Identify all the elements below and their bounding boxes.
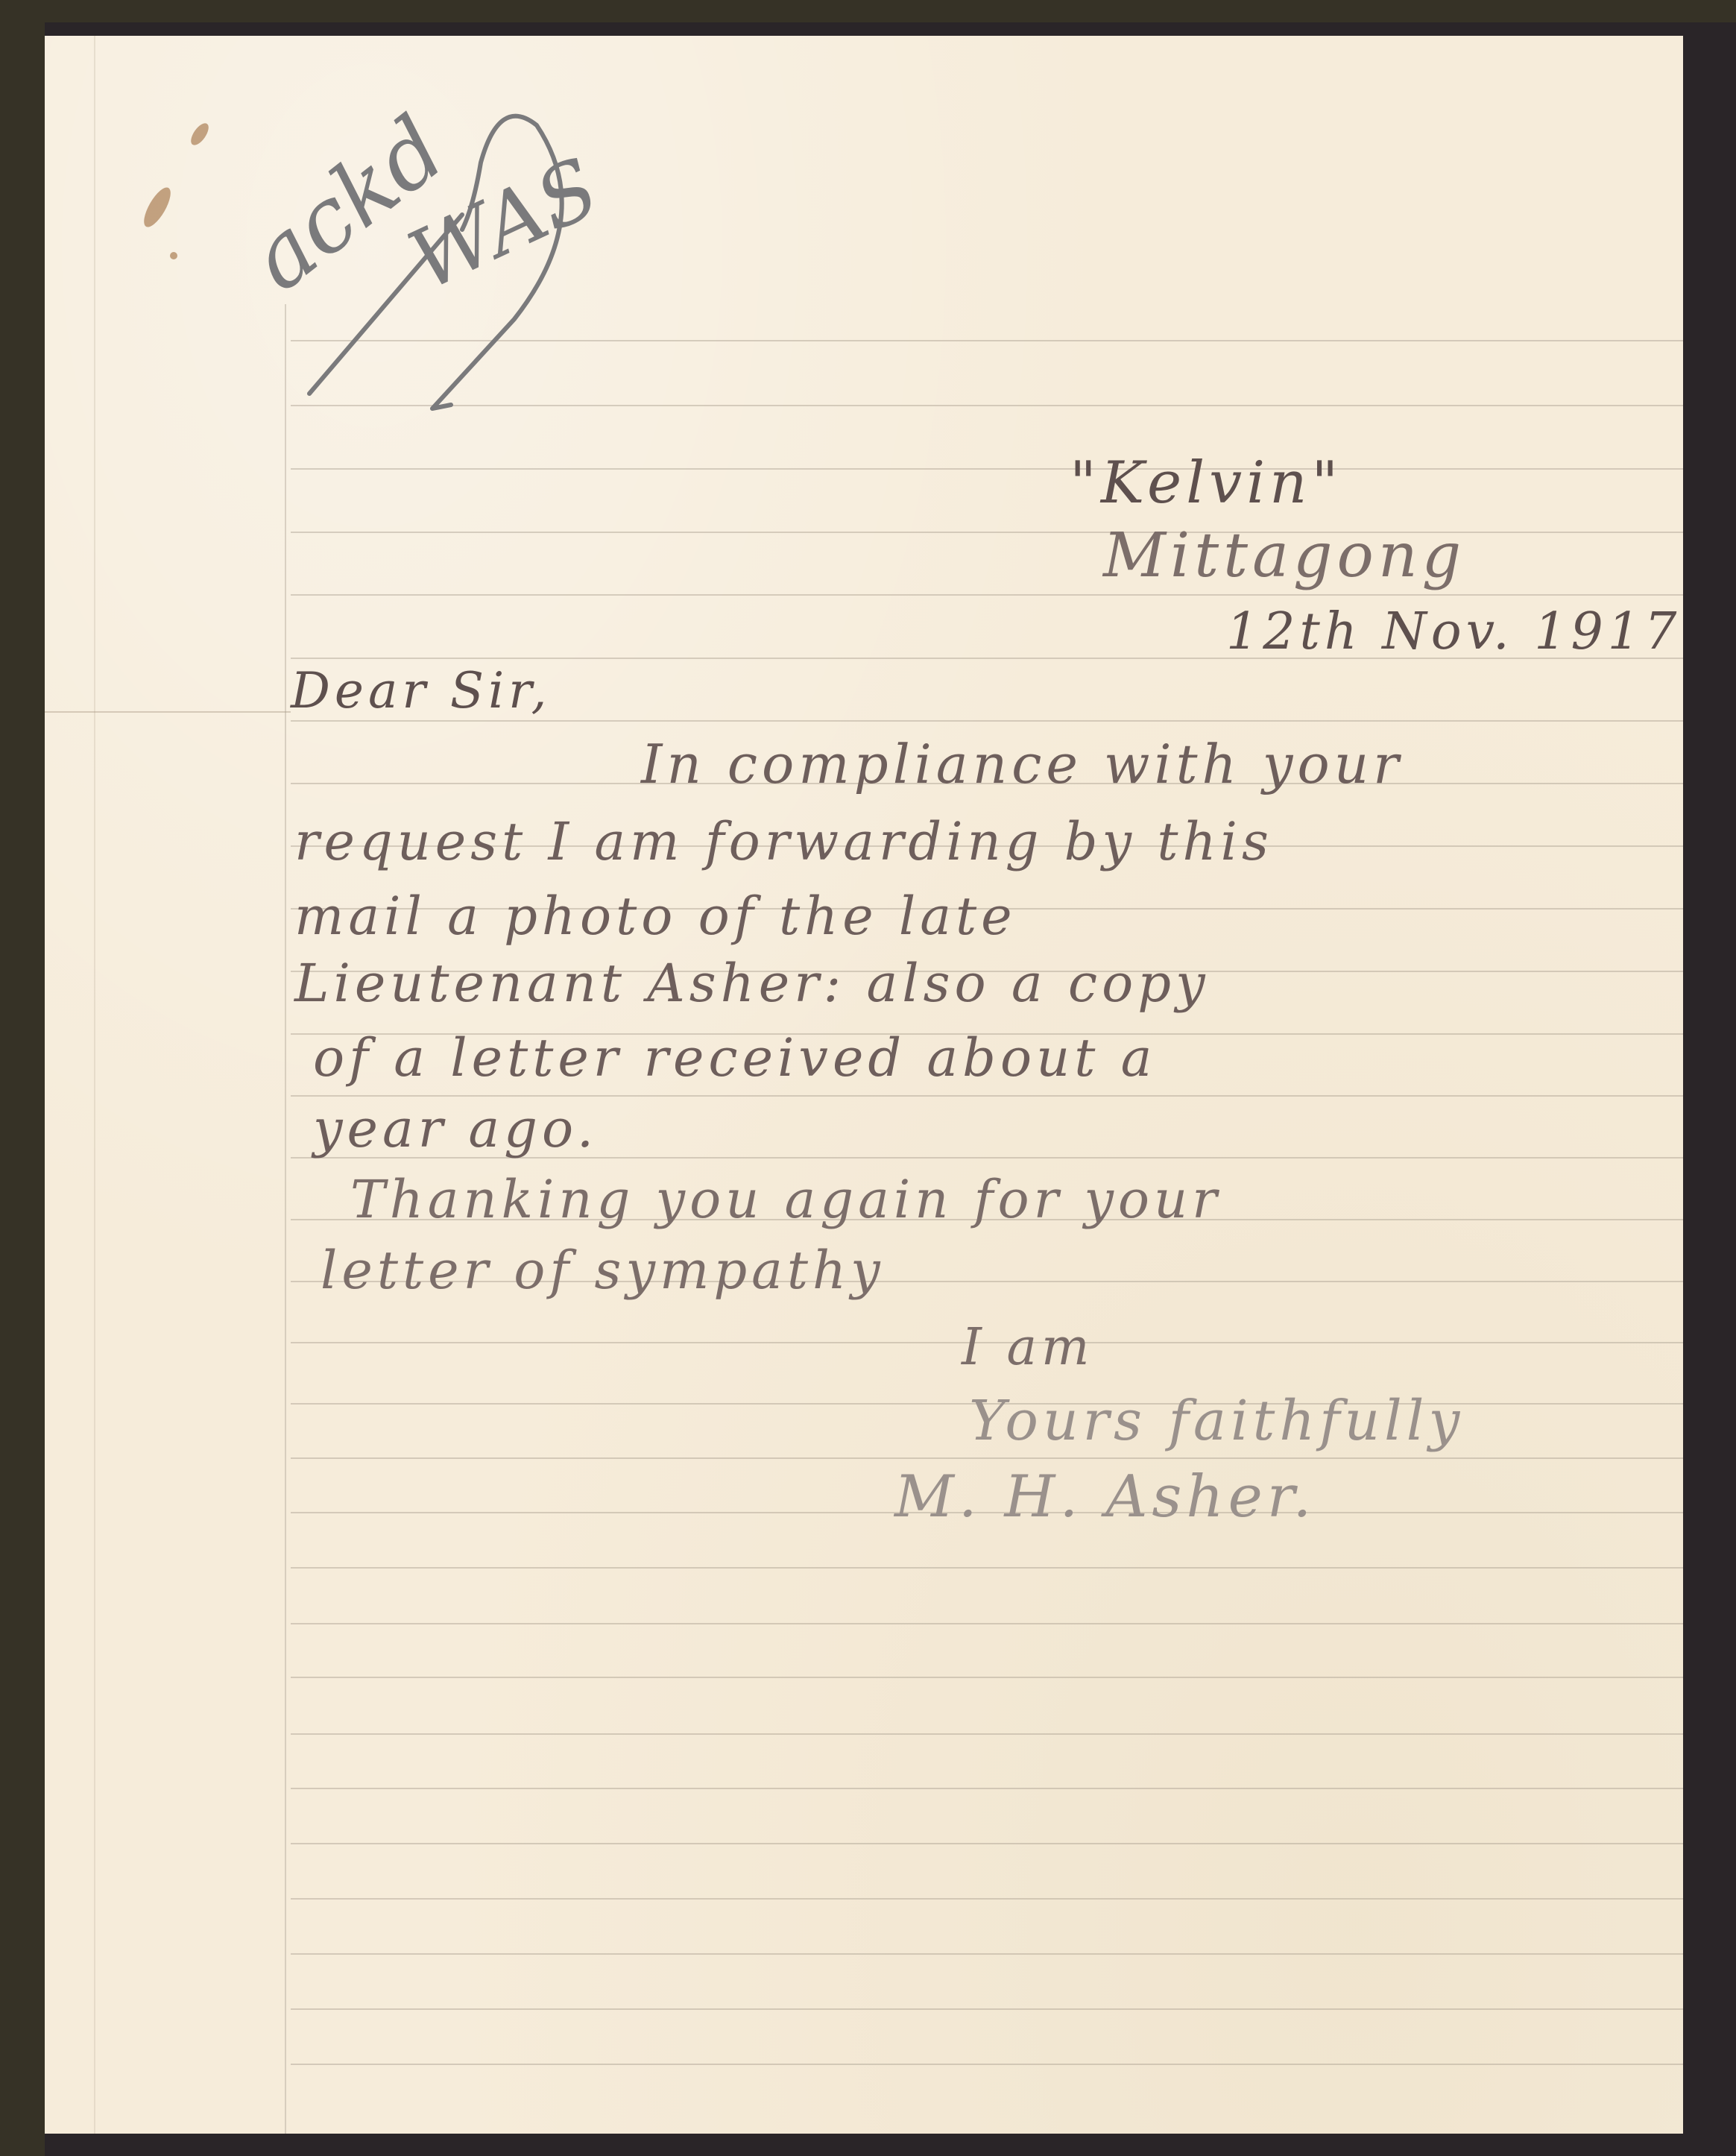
body-line-1: In compliance with your xyxy=(641,733,1404,795)
salutation: Dear Sir, xyxy=(291,662,551,719)
body-line-3: mail a photo of the late xyxy=(294,886,1017,947)
address-house-name: "Kelvin" xyxy=(1070,450,1342,517)
body-line-8: letter of sympathy xyxy=(321,1240,885,1301)
letter-paper: ackd WAS "Kelvin" Mittagong 12th Nov. 19… xyxy=(45,36,1683,2134)
body-line-4: Lieutenant Asher: also a copy xyxy=(294,953,1210,1014)
signature: M. H. Asher. xyxy=(894,1463,1316,1531)
body-line-2: request I am forwarding by this xyxy=(294,811,1273,872)
body-line-7: Thanking you again for your xyxy=(350,1169,1222,1230)
closing-i-am: I am xyxy=(962,1318,1094,1377)
body-line-5: of a letter received about a xyxy=(313,1027,1156,1088)
body-line-6: year ago. xyxy=(313,1098,598,1159)
closing-yours-faithfully: Yours faithfully xyxy=(969,1389,1464,1453)
letter-date: 12th Nov. 1917. xyxy=(1226,602,1683,661)
address-town: Mittagong xyxy=(1103,520,1465,591)
